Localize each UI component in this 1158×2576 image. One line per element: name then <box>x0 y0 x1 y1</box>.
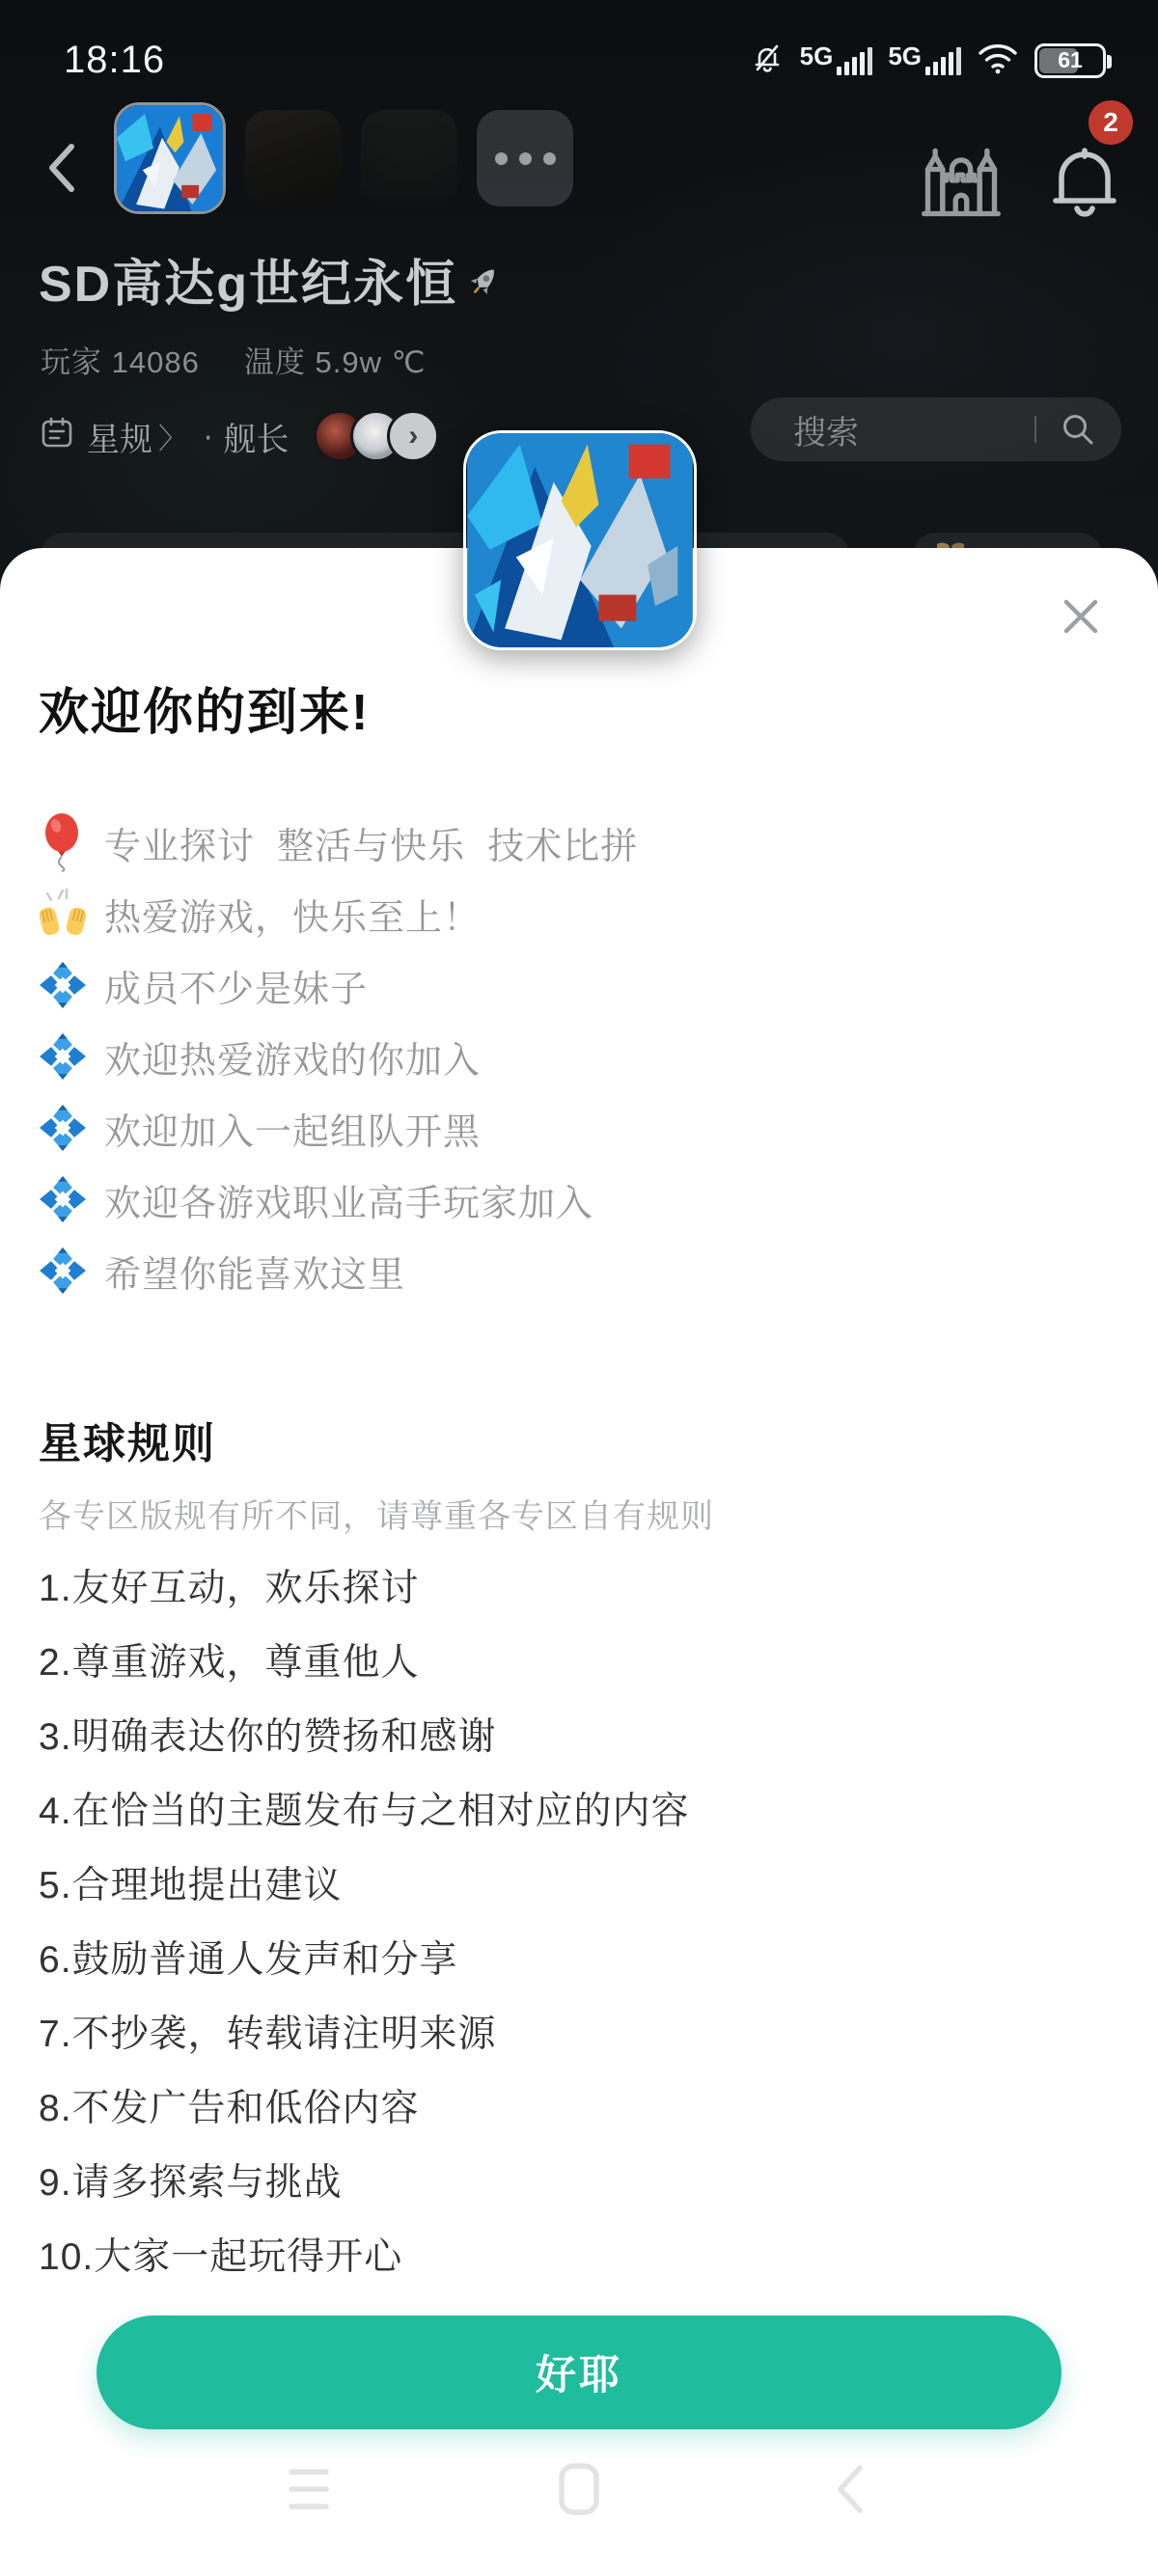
welcome-list-item: 欢迎热爱游戏的你加入 <box>35 1021 638 1092</box>
confirm-button[interactable]: 好耶 <box>96 2316 1061 2429</box>
rules-title: 星球规则 <box>39 1409 216 1470</box>
search-icon <box>1060 411 1096 448</box>
signal-2-icon: 5G <box>888 45 961 76</box>
rule-item: 10.大家一起玩得开心 <box>39 2220 690 2294</box>
mute-icon <box>750 41 785 80</box>
players-count: 14086 <box>112 345 200 379</box>
captain-label: 舰长 <box>223 413 289 460</box>
close-icon <box>1059 594 1103 639</box>
welcome-list-item: 热爱游戏，快乐至上！ <box>35 878 638 949</box>
bell-icon <box>1046 141 1123 224</box>
screen: 18:16 5G 5G <box>0 0 1158 2576</box>
signal-1-icon: 5G <box>800 45 873 76</box>
tab-game-3[interactable] <box>361 110 457 206</box>
diamond-icon <box>35 1247 91 1295</box>
star-rules-link[interactable]: 星规 <box>87 413 152 460</box>
welcome-list-item: 欢迎各游戏职业高手玩家加入 <box>35 1164 638 1235</box>
events-castle-button[interactable] <box>917 135 1006 229</box>
battery-icon: 61 <box>1034 43 1106 78</box>
avatars-more-chevron-icon: › <box>387 410 439 462</box>
more-icon <box>495 152 556 165</box>
welcome-list-item: 欢迎加入一起组队开黑 <box>35 1092 638 1164</box>
welcome-list-item: 希望你能喜欢这里 <box>35 1235 638 1306</box>
chevron-left-icon <box>41 139 83 197</box>
diamond-icon <box>35 961 91 1009</box>
home-button[interactable] <box>548 2458 610 2520</box>
welcome-modal: 欢迎你的到来! 专业探讨 整活与快乐 技术比拼 热爱游戏，快乐至上！ 成员不少是… <box>0 548 1158 2576</box>
rule-item: 4.在恰当的主题发布与之相对应的内容 <box>39 1774 690 1849</box>
page-title: SD高达g世纪永恒 <box>39 243 502 315</box>
search-placeholder: 搜索 <box>793 406 1034 453</box>
balloon-icon <box>35 812 91 872</box>
community-stats: 玩家 14086温度 5.9w ℃ <box>41 338 470 381</box>
captain-avatars[interactable]: › <box>314 410 439 462</box>
diamond-icon <box>35 1175 91 1223</box>
rules-list: 1.友好互动，欢乐探讨2.尊重游戏，尊重他人3.明确表达你的赞扬和感谢4.在恰当… <box>39 1551 690 2294</box>
temperature-value: 5.9w ℃ <box>315 345 426 379</box>
welcome-list-item: 成员不少是妹子 <box>35 949 638 1021</box>
system-nav-bar <box>0 2443 1158 2535</box>
hands-icon <box>35 887 91 941</box>
welcome-list: 专业探讨 整活与快乐 技术比拼 热爱游戏，快乐至上！ 成员不少是妹子 欢迎热爱游… <box>35 807 638 1306</box>
rule-item: 3.明确表达你的赞扬和感谢 <box>39 1700 690 1774</box>
rule-item: 9.请多探索与挑战 <box>39 2146 690 2220</box>
welcome-list-item: 专业探讨 整活与快乐 技术比拼 <box>35 807 638 878</box>
close-button[interactable] <box>1056 592 1106 643</box>
notifications-button[interactable] <box>1046 141 1123 227</box>
search-input[interactable]: 搜索 <box>751 397 1121 461</box>
chevron-right-icon: 〉 <box>158 415 187 457</box>
tab-current-game[interactable] <box>114 102 226 214</box>
rules-icon <box>39 414 75 459</box>
chevron-left-icon <box>835 2462 864 2516</box>
menu-icon <box>286 2464 332 2514</box>
back-button[interactable] <box>41 137 95 199</box>
wifi-icon <box>977 41 1019 80</box>
rule-item: 8.不发广告和低俗内容 <box>39 2071 690 2146</box>
castle-icon <box>917 135 1006 226</box>
game-tab-strip <box>114 102 573 214</box>
rocket-icon <box>467 253 502 311</box>
welcome-title: 欢迎你的到来! <box>39 671 370 744</box>
subnav: 星规 〉 · 舰长 › <box>39 409 439 463</box>
home-icon <box>557 2462 601 2516</box>
status-bar: 18:16 5G 5G <box>0 0 1158 96</box>
rule-item: 7.不抄袭，转载请注明来源 <box>39 1997 690 2071</box>
diamond-icon <box>35 1104 91 1152</box>
clock: 18:16 <box>64 39 165 82</box>
search-divider <box>1034 416 1036 443</box>
tab-more[interactable] <box>477 110 573 206</box>
rule-item: 6.鼓励普通人发声和分享 <box>39 1923 690 1997</box>
recents-button[interactable] <box>278 2458 340 2520</box>
notification-badge: 2 <box>1089 100 1133 145</box>
rules-subtitle: 各专区版规有所不同，请尊重各专区自有规则 <box>39 1490 714 1537</box>
rule-item: 5.合理地提出建议 <box>39 1849 690 1923</box>
diamond-icon <box>35 1032 91 1081</box>
community-icon <box>463 430 697 650</box>
rule-item: 1.友好互动，欢乐探讨 <box>39 1551 690 1626</box>
tab-game-2[interactable] <box>245 110 342 206</box>
back-nav-button[interactable] <box>818 2458 880 2520</box>
rule-item: 2.尊重游戏，尊重他人 <box>39 1626 690 1700</box>
